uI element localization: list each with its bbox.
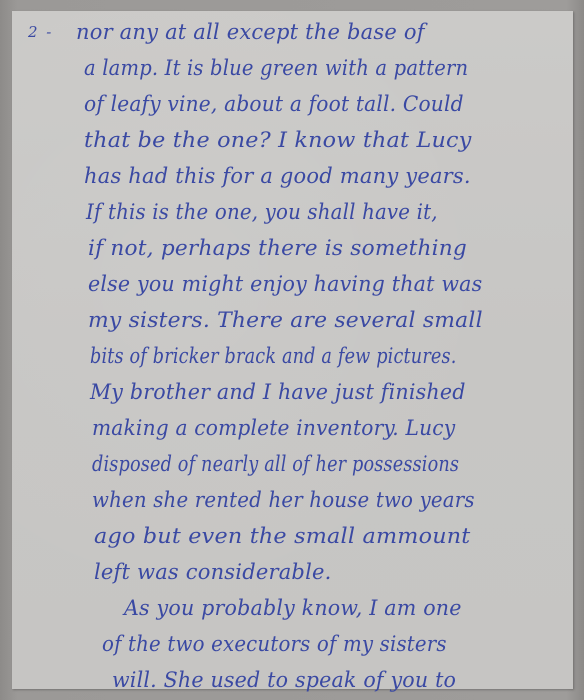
text-line-16: left was considerable.	[94, 560, 332, 584]
page-marker: 2 -	[28, 23, 53, 41]
text-line-6: If this is the one, you shall have it,	[86, 200, 438, 224]
text-line-3: of leafy vine, about a foot tall. Could	[84, 92, 464, 116]
text-line-5: has had this for a good many years.	[84, 164, 471, 188]
text-line-14: when she rented her house two years	[92, 488, 475, 512]
text-line-2: a lamp. It is blue green with a pattern	[84, 56, 468, 80]
text-line-11: My brother and I have just finished	[90, 380, 466, 404]
text-line-17: As you probably know, I am one	[124, 596, 462, 620]
text-line-9: my sisters. There are several small	[88, 308, 483, 332]
text-line-12: making a complete inventory. Lucy	[92, 416, 455, 440]
text-line-7: if not, perhaps there is something	[88, 236, 467, 260]
text-line-4: that be the one? I know that Lucy	[84, 128, 471, 152]
text-line-13: disposed of nearly all of her possession…	[92, 452, 459, 476]
text-line-8: else you might enjoy having that was	[88, 272, 482, 296]
text-line-1: nor any at all except the base of	[76, 20, 425, 44]
text-line-10: bits of bricker brack and a few pictures…	[90, 344, 457, 368]
text-line-18: of the two executors of my sisters	[102, 632, 447, 656]
text-line-15: ago but even the small ammount	[94, 524, 470, 548]
text-line-19: will. She used to speak of you to	[112, 668, 456, 692]
